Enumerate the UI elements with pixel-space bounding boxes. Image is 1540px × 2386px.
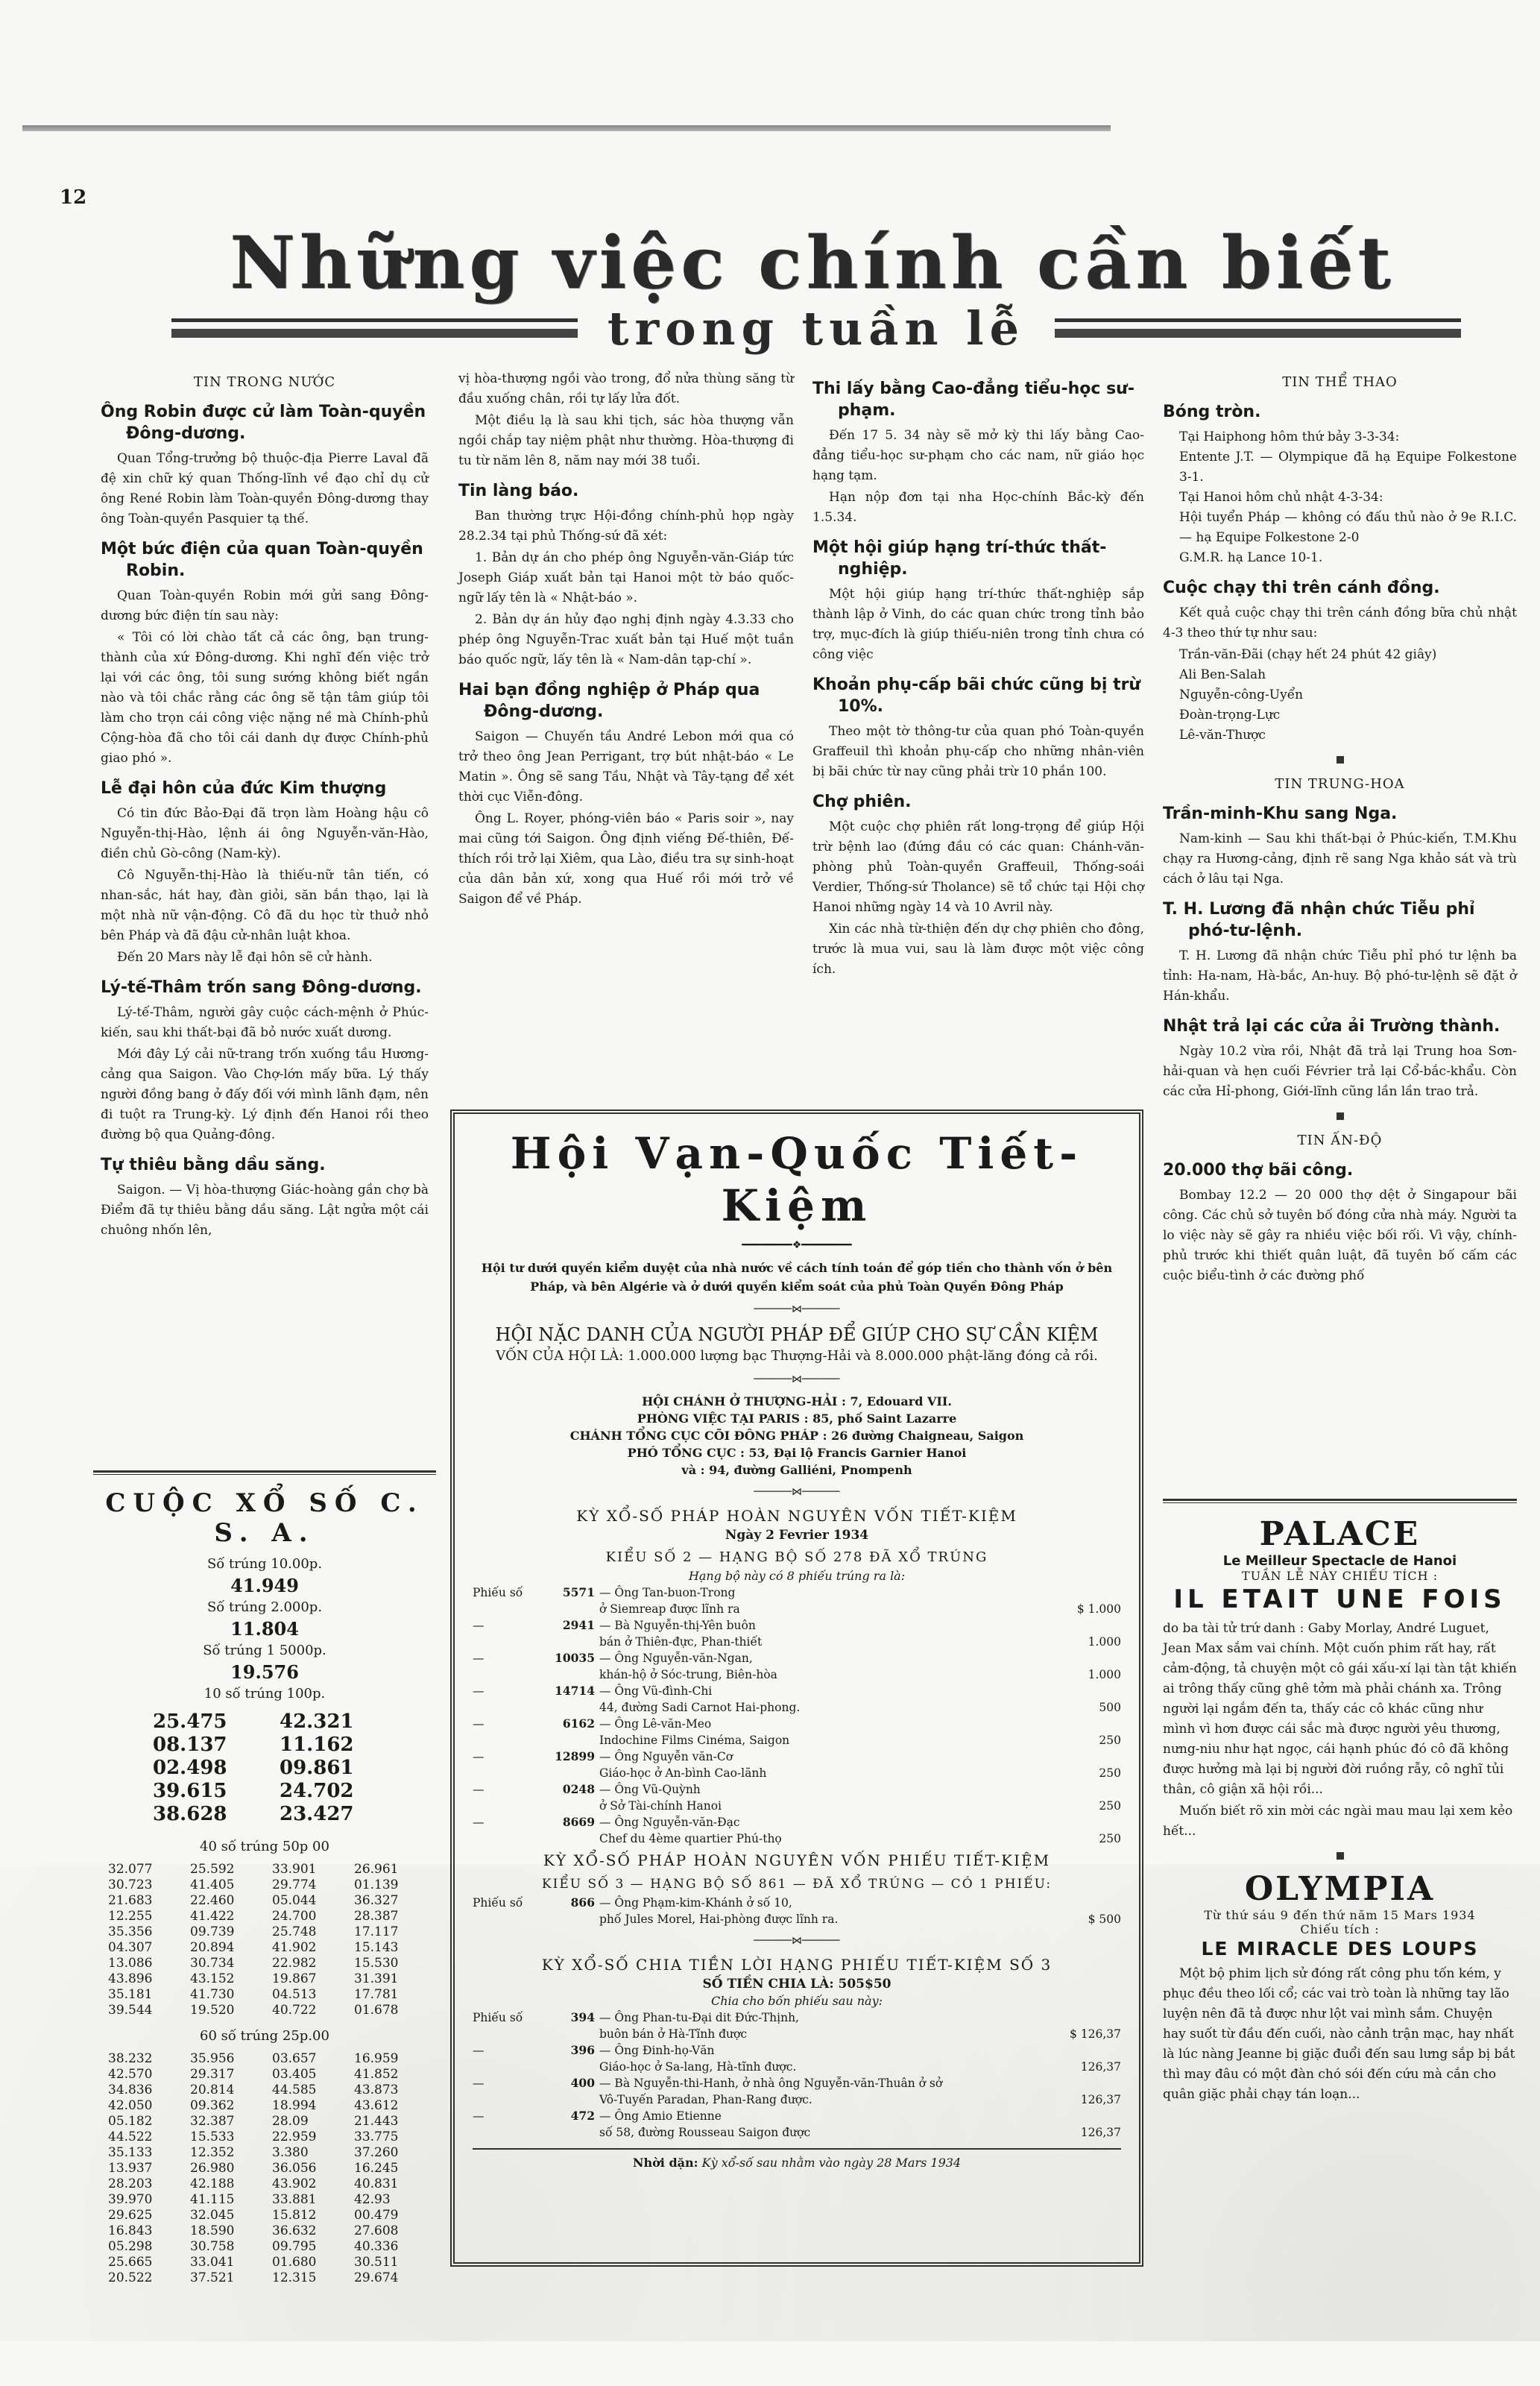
winning-number: 42.570 (108, 2067, 190, 2083)
winning-number: 15.530 (354, 1956, 436, 1971)
article: Chợ phiên. Một cuộc chợ phiên rất long-t… (812, 791, 1144, 980)
article-paragraph: Ngày 10.2 vừa rồi, Nhật đã trả lại Trung… (1163, 1042, 1517, 1102)
article-heading: Bóng tròn. (1163, 401, 1517, 423)
ticket-prefix: — (473, 2042, 532, 2059)
ticket-number: 6162 (532, 1716, 599, 1732)
ticket-prefix: — (473, 1683, 532, 1699)
winning-number: 30.723 (108, 1877, 190, 1893)
spacer (1061, 2075, 1121, 2091)
winning-number: 41.949 (93, 1575, 436, 1597)
film-description: do ba tài tử trứ danh : Gaby Morlay, And… (1163, 1619, 1517, 1800)
winning-number: 12.315 (272, 2270, 354, 2286)
ticket-row: Phiếu số5571— Ông Tan-buon-Trongở Siemre… (473, 1584, 1121, 1617)
ad-capital: VỐN CỦA HỘI LÀ: 1.000.000 lượng bạc Thượ… (473, 1347, 1121, 1366)
winning-number: 26.980 (190, 2161, 272, 2176)
winning-number: 35.181 (108, 1987, 190, 2003)
ticket-holder: — Ông Nguyễn-văn-Đạc (599, 1814, 1061, 1831)
ticket-prefix: — (473, 1716, 532, 1732)
spacer (473, 2124, 532, 2141)
winning-number: 16.843 (108, 2223, 190, 2239)
winning-number: 43.612 (354, 2098, 436, 2114)
spacer (1061, 1617, 1121, 1634)
article-paragraph: Xin các nhà từ-thiện đến dự chợ phiên ch… (812, 919, 1144, 980)
screening-caption: TUẦN LỄ NÀY CHIẾU TÍCH : (1163, 1569, 1517, 1583)
prize-label: Số trúng 2.000p. (93, 1597, 436, 1618)
ticket-number: 8669 (532, 1814, 599, 1831)
spacer (473, 1911, 532, 1927)
winning-number: 43.902 (272, 2176, 354, 2192)
article: Bóng tròn. Tại Haiphong hôm thứ bảy 3-3-… (1163, 401, 1517, 568)
article-paragraph: 1. Bản dự án cho phép ông Nguyễn-văn-Giá… (458, 548, 794, 608)
spacer (473, 1699, 532, 1716)
spacer (532, 1666, 599, 1683)
spacer (1061, 2042, 1121, 2059)
winning-number: 09.795 (272, 2239, 354, 2255)
winning-number: 25.592 (190, 1862, 272, 1877)
spacer (473, 1831, 532, 1847)
winning-number: 11.804 (93, 1618, 436, 1640)
runner-name: Trần-văn-Đãi (chạy hết 24 phút 42 giây) (1163, 645, 1517, 665)
result-line: Tại Haiphong hôm thứ bảy 3-3-34: (1163, 427, 1517, 447)
ticket-holder: — Ông Tan-buon-Trong (599, 1584, 1061, 1601)
article: Khoản phụ-cấp bãi chức cũng bị trừ 10%. … (812, 674, 1144, 782)
cinema-tagline: Le Meilleur Spectacle de Hanoi (1163, 1553, 1517, 1569)
prize-label: Số trúng 10.00p. (93, 1554, 436, 1575)
winning-number: 42.188 (190, 2176, 272, 2192)
winning-number: 20.814 (190, 2083, 272, 2098)
article-paragraph: T. H. Lương đã nhận chức Tiễu phỉ phó tư… (1163, 946, 1517, 1007)
draw-heading: KỲ XỔ-SỐ PHÁP HOÀN NGUYÊN VỐN PHIẾU TIẾT… (473, 1850, 1121, 1871)
ad-address: CHÁNH TỔNG CỤC CÕI ĐÔNG PHÁP : 26 đường … (473, 1427, 1121, 1444)
ticket-row: —0248— Ông Vũ-Quỳnhở Sở Tài-chính Hanoi2… (473, 1781, 1121, 1814)
ticket-location: ở Siemreap được lĩnh ra (599, 1601, 1061, 1617)
winning-number: 22.982 (272, 1956, 354, 1971)
ticket-row: —396— Ông Đinh-họ-VănGiáo-học ở Sa-lang,… (473, 2042, 1121, 2075)
ticket-amount: $ 1.000 (1061, 1601, 1121, 1617)
ticket-prefix: — (473, 1748, 532, 1765)
ornament-divider: ──────⋈────── (473, 1303, 1121, 1315)
lottery-title: CUỘC XỔ SỐ C. S. A. (93, 1488, 436, 1548)
masthead: Những việc chính cần biết (164, 224, 1461, 303)
film-description: Một bộ phim lịch sử đóng rất công phu tố… (1163, 1964, 1517, 2105)
article-heading: Cuộc chạy thi trên cánh đồng. (1163, 577, 1517, 599)
runner-name: Nguyễn-công-Uyển (1163, 685, 1517, 705)
winning-number: 02.498 (153, 1757, 280, 1780)
winning-number: 40.722 (272, 2003, 354, 2018)
article: Nhật trả lại các cửa ải Trường thành. Ng… (1163, 1016, 1517, 1102)
article-heading: Tin làng báo. (458, 480, 794, 502)
spacer (532, 1911, 599, 1927)
article-paragraph: Saigon — Chuyến tầu André Lebon mới qua … (458, 727, 794, 808)
article-paragraph: Có tin đức Bảo-Đại đã trọn làm Hoàng hậu… (101, 804, 429, 864)
draw-amount: SỐ TIỀN CHIA LÀ: 505$50 (473, 1975, 1121, 1993)
lottery-results: CUỘC XỔ SỐ C. S. A. Số trúng 10.00p. 41.… (93, 1470, 436, 2286)
ticket-holder: — Ông Nguyễn-văn-Ngan, (599, 1650, 1061, 1666)
spacer (1061, 1584, 1121, 1601)
ticket-list: Phiếu số394— Ông Phan-tu-Đại dit Đức-Thị… (473, 2009, 1121, 2141)
article-heading: Nhật trả lại các cửa ải Trường thành. (1163, 1016, 1517, 1037)
article: Thi lấy bằng Cao-đẳng tiểu-học sư-phạm. … (812, 378, 1144, 528)
double-rule (93, 1470, 436, 1475)
winning-number: 35.956 (190, 2051, 272, 2067)
article-heading: Ông Robin được cử làm Toàn-quyền Đông-dư… (101, 401, 429, 444)
ticket-amount: $ 500 (1061, 1911, 1121, 1927)
ticket-location: số 58, đường Rousseau Saigon được (599, 2124, 1061, 2141)
spacer (532, 1634, 599, 1650)
article-heading: Một hội giúp hạng trí-thức thất-nghiệp. (812, 537, 1144, 580)
article-paragraph: Quan Tổng-trưởng bộ thuộc-địa Pierre Lav… (101, 449, 429, 529)
winning-number: 15.812 (272, 2208, 354, 2223)
ticket-prefix: — (473, 2108, 532, 2124)
ticket-location: phố Jules Morel, Hai-phòng được lĩnh ra. (599, 1911, 1061, 1927)
spacer (473, 1666, 532, 1683)
draw-subheading: KIỂU SỐ 2 — HẠNG BỘ SỐ 278 ĐÃ XỔ TRÚNG (473, 1547, 1121, 1568)
column-domestic-news: TIN TRONG NƯỚC Ông Robin được cử làm Toà… (101, 369, 429, 1242)
winning-number: 20.522 (108, 2270, 190, 2286)
winning-number: 41.422 (190, 1909, 272, 1924)
spacer (532, 1732, 599, 1748)
column-sports-foreign: TIN THỂ THAO Bóng tròn. Tại Haiphong hôm… (1163, 369, 1517, 1288)
winning-number: 39.615 (153, 1780, 280, 1803)
prize-label: 40 số trúng 50p 00 (93, 1836, 436, 1857)
prize-label: 60 số trúng 25p.00 (93, 2026, 436, 2047)
winning-number: 24.700 (272, 1909, 354, 1924)
winning-number: 32.045 (190, 2208, 272, 2223)
article: Hai bạn đồng nghiệp ở Pháp qua Đông-dươn… (458, 679, 794, 910)
winning-number: 40.831 (354, 2176, 436, 2192)
spacer (473, 1732, 532, 1748)
winning-number: 13.937 (108, 2161, 190, 2176)
winning-number: 43.896 (108, 1971, 190, 1987)
article-paragraph: Nam-kinh — Sau khi thất-bại ở Phúc-kiến,… (1163, 829, 1517, 890)
winning-number: 40.336 (354, 2239, 436, 2255)
ticket-list: Phiếu số5571— Ông Tan-buon-Trongở Siemre… (473, 1584, 1121, 1847)
spacer (532, 1601, 599, 1617)
winning-number: 33.881 (272, 2192, 354, 2208)
ticket-holder: — Ông Vũ-Quỳnh (599, 1781, 1061, 1798)
spacer (532, 2091, 599, 2108)
winning-number: 18.590 (190, 2223, 272, 2239)
draw-date: Ngày 2 Fevrier 1934 (473, 1526, 1121, 1544)
winning-number: 3.380 (272, 2145, 354, 2161)
ticket-number: 472 (532, 2108, 599, 2124)
article-heading: Tự thiêu bằng dầu săng. (101, 1154, 429, 1176)
article-heading: Chợ phiên. (812, 791, 1144, 813)
winning-number: 29.625 (108, 2208, 190, 2223)
winning-number: 41.115 (190, 2192, 272, 2208)
article: vị hòa-thượng ngồi vào trong, đổ nửa thù… (458, 369, 794, 471)
savings-society-advertisement: Hội Vạn-Quốc Tiết-Kiệm ━━━━━━━━❖━━━━━━━━… (450, 1109, 1143, 2267)
ticket-amount: 250 (1061, 1798, 1121, 1814)
spacer (532, 1798, 599, 1814)
article-paragraph: Một điều lạ là sau khi tịch, sác hòa thư… (458, 411, 794, 471)
ticket-holder: — Ông Amio Etienne (599, 2108, 1061, 2124)
ticket-amount: 250 (1061, 1732, 1121, 1748)
winning-number: 23.427 (280, 1803, 406, 1826)
ticket-amount: 250 (1061, 1765, 1121, 1781)
article-paragraph: « Tôi có lời chào tất cả các ông, bạn tr… (101, 628, 429, 769)
ticket-holder: — Bà Nguyễn-thi-Hanh, ở nhà ông Nguyễn-v… (599, 2075, 1061, 2091)
spacer (1061, 2009, 1121, 2026)
spacer (532, 2059, 599, 2075)
spacer (473, 1601, 532, 1617)
winning-numbers-100: 25.47542.32108.13711.16202.49809.86139.6… (93, 1704, 436, 1826)
spacer (473, 1634, 532, 1650)
ornament-divider: ──────⋈────── (473, 1935, 1121, 1947)
article-heading: 20.000 thợ bãi công. (1163, 1159, 1517, 1181)
winning-number: 12.352 (190, 2145, 272, 2161)
article-paragraph: Kết quả cuộc chạy thi trên cánh đồng bữa… (1163, 603, 1517, 643)
spacer (532, 2026, 599, 2042)
ticket-amount: 250 (1061, 1831, 1121, 1847)
article-heading: Hai bạn đồng nghiệp ở Pháp qua Đông-dươn… (458, 679, 794, 723)
spacer (473, 2026, 532, 2042)
article: Lý-tế-Thâm trốn sang Đông-dương. Lý-tế-T… (101, 977, 429, 1145)
winning-number: 29.317 (190, 2067, 272, 2083)
article-heading: T. H. Lương đã nhận chức Tiễu phỉ phó-tư… (1163, 898, 1517, 942)
article-heading: Một bức điện của quan Toàn-quyền Robin. (101, 538, 429, 582)
ticket-number: 12899 (532, 1748, 599, 1765)
ticket-row: Phiếu số394— Ông Phan-tu-Đại dit Đức-Thị… (473, 2009, 1121, 2042)
winning-number: 28.387 (354, 1909, 436, 1924)
winning-number: 19.576 (93, 1661, 436, 1684)
ticket-prefix: — (473, 2075, 532, 2091)
ticket-prefix: Phiếu số (473, 1584, 532, 1601)
article-paragraph: Ban thường trực Hội-đồng chính-phủ họp n… (458, 506, 794, 547)
ad-address: PHÓ TỔNG CỤC : 53, Đại lộ Francis Garnie… (473, 1444, 1121, 1461)
draw-heading: KỲ XỔ-SỐ CHIA TIỀN LỜI HẠNG PHIẾU TIẾT-K… (473, 1954, 1121, 1975)
ticket-number: 866 (532, 1895, 599, 1911)
winning-number: 21.443 (354, 2114, 436, 2130)
spacer (1061, 1895, 1121, 1911)
winning-number: 19.867 (272, 1971, 354, 1987)
ad-address: PHÒNG VIỆC TẠI PARIS : 85, phố Saint Laz… (473, 1410, 1121, 1427)
winning-number: 25.665 (108, 2255, 190, 2270)
ad-company-type: HỘI NẶC DANH CỦA NGƯỜI PHÁP ĐỂ GIÚP CHO … (473, 1323, 1121, 1347)
ticket-location: bán ở Thiên-đực, Phan-thiết (599, 1634, 1061, 1650)
winning-number: 44.522 (108, 2130, 190, 2145)
ticket-location: Chef du 4ème quartier Phú-thọ (599, 1831, 1061, 1847)
winning-number: 20.894 (190, 1940, 272, 1956)
ticket-prefix: — (473, 1814, 532, 1831)
winning-number: 08.137 (153, 1734, 280, 1757)
prize-label: 10 số trúng 100p. (93, 1684, 436, 1704)
winning-number: 42.321 (280, 1710, 406, 1734)
winning-number: 17.781 (354, 1987, 436, 2003)
winning-number: 01.678 (354, 2003, 436, 2018)
article-heading: Khoản phụ-cấp bãi chức cũng bị trừ 10%. (812, 674, 1144, 717)
column-news-3: Thi lấy bằng Cao-đẳng tiểu-học sư-phạm. … (812, 369, 1144, 981)
prize-label: Số trúng 1 5000p. (93, 1640, 436, 1661)
winning-number: 19.520 (190, 2003, 272, 2018)
runner-name: Lê-văn-Thược (1163, 725, 1517, 746)
page-number: 12 (60, 186, 86, 209)
ticket-amount: 126,37 (1061, 2124, 1121, 2141)
spacer (473, 1798, 532, 1814)
ticket-row: Phiếu số866— Ông Phạm-kim-Khánh ở số 10,… (473, 1895, 1121, 1927)
winning-number: 43.873 (354, 2083, 436, 2098)
ticket-prefix: — (473, 1650, 532, 1666)
winning-number: 36.327 (354, 1893, 436, 1909)
article-paragraph: Một hội giúp hạng trí-thức thất-nghiệp s… (812, 585, 1144, 665)
section-divider-square (1337, 1112, 1344, 1120)
decorative-rule-right (1055, 318, 1461, 338)
ticket-amount: $ 126,37 (1061, 2026, 1121, 2042)
winning-number: 36.632 (272, 2223, 354, 2239)
winning-number: 01.680 (272, 2255, 354, 2270)
winning-number: 25.475 (153, 1710, 280, 1734)
cinema-name-olympia: OLYMPIA (1163, 1870, 1517, 1908)
winning-number: 15.533 (190, 2130, 272, 2145)
winning-number: 37.521 (190, 2270, 272, 2286)
winning-number: 39.970 (108, 2192, 190, 2208)
section-heading-sports: TIN THỂ THAO (1163, 372, 1517, 392)
winning-number: 41.902 (272, 1940, 354, 1956)
spacer (1061, 1814, 1121, 1831)
decorative-rule-left (171, 318, 578, 338)
winning-number: 05.182 (108, 2114, 190, 2130)
film-title: IL ETAIT UNE FOIS (1163, 1584, 1517, 1614)
article-paragraph: Bombay 12.2 — 20 000 thợ dệt ở Singapour… (1163, 1186, 1517, 1286)
page-subtitle: trong tuần lễ (608, 301, 1025, 356)
winning-number: 39.544 (108, 2003, 190, 2018)
article: Cuộc chạy thi trên cánh đồng. Kết quả cu… (1163, 577, 1517, 746)
winning-number: 28.203 (108, 2176, 190, 2192)
ticket-row: —14714— Ông Vũ-đình-Chi44, đường Sadi Ca… (473, 1683, 1121, 1716)
result-line: Hội tuyển Pháp — không có đấu thủ nào ở … (1163, 508, 1517, 548)
winning-number: 28.09 (272, 2114, 354, 2130)
ticket-number: 5571 (532, 1584, 599, 1601)
article: Một bức điện của quan Toàn-quyền Robin. … (101, 538, 429, 769)
cinema-listings: PALACE Le Meilleur Spectacle de Hanoi TU… (1163, 1499, 1517, 2106)
film-title: LE MIRACLE DES LOUPS (1163, 1938, 1517, 1960)
winning-number: 17.117 (354, 1924, 436, 1940)
winning-number: 22.460 (190, 1893, 272, 1909)
article-paragraph: 2. Bản dự án hủy đạo nghị định ngày 4.3.… (458, 610, 794, 670)
ticket-location: Indochine Films Cinéma, Saigon (599, 1732, 1061, 1748)
winning-numbers-50: 32.07725.59233.90126.96130.72341.40529.7… (93, 1857, 436, 2018)
ticket-prefix: Phiếu số (473, 1895, 532, 1911)
winning-number: 25.748 (272, 1924, 354, 1940)
article-paragraph: Theo một tờ thông-tư của quan phó Toàn-q… (812, 722, 1144, 782)
ticket-amount: 126,37 (1061, 2059, 1121, 2075)
winning-number: 03.405 (272, 2067, 354, 2083)
ticket-number: 2941 (532, 1617, 599, 1634)
spacer (473, 2091, 532, 2108)
article-paragraph: Mới đây Lý cải nữ-trang trốn xuống tầu H… (101, 1045, 429, 1145)
result-line: Tại Hanoi hôm chủ nhật 4-3-34: (1163, 488, 1517, 508)
ticket-amount: 500 (1061, 1699, 1121, 1716)
winning-number: 33.775 (354, 2130, 436, 2145)
winning-number: 32.387 (190, 2114, 272, 2130)
article-paragraph: Đến 20 Mars này lễ đại hôn sẽ cử hành. (101, 948, 429, 968)
article: 20.000 thợ bãi công. Bombay 12.2 — 20 00… (1163, 1159, 1517, 1286)
winning-number: 37.260 (354, 2145, 436, 2161)
ornament-divider: ──────⋈────── (473, 1373, 1121, 1385)
section-heading-india: TIN ẤN-ĐỘ (1163, 1130, 1517, 1150)
ticket-holder: — Ông Nguyễn văn-Cơ (599, 1748, 1061, 1765)
winning-number: 29.674 (354, 2270, 436, 2286)
winning-number: 35.133 (108, 2145, 190, 2161)
spacer (532, 1765, 599, 1781)
winning-number: 30.511 (354, 2255, 436, 2270)
article: Một hội giúp hạng trí-thức thất-nghiệp. … (812, 537, 1144, 665)
ticket-prefix: Phiếu số (473, 2009, 532, 2026)
winning-number: 16.245 (354, 2161, 436, 2176)
ticket-amount: 1.000 (1061, 1634, 1121, 1650)
article-paragraph: Đến 17 5. 34 này sẽ mở kỳ thi lấy bằng C… (812, 426, 1144, 486)
ticket-location: khán-hộ ở Sóc-trung, Biên-hòa (599, 1666, 1061, 1683)
section-divider-square (1337, 756, 1344, 764)
winning-number: 42.93 (354, 2192, 436, 2208)
winning-number: 29.774 (272, 1877, 354, 1893)
result-line: Entente J.T. — Olympique đã hạ Equipe Fo… (1163, 447, 1517, 488)
winning-number: 41.730 (190, 1987, 272, 2003)
screening-caption: Chiếu tích : (1163, 1922, 1517, 1936)
article-paragraph: Saigon. — Vị hòa-thượng Giác-hoàng gần c… (101, 1180, 429, 1241)
winning-number: 36.056 (272, 2161, 354, 2176)
winning-number: 41.405 (190, 1877, 272, 1893)
ticket-holder: — Ông Phan-tu-Đại dit Đức-Thịnh, (599, 2009, 1061, 2026)
article-paragraph: vị hòa-thượng ngồi vào trong, đổ nửa thù… (458, 369, 794, 409)
winning-number: 44.585 (272, 2083, 354, 2098)
spacer (1061, 1683, 1121, 1699)
winning-number: 38.232 (108, 2051, 190, 2067)
ticket-row: —8669— Ông Nguyễn-văn-ĐạcChef du 4ème qu… (473, 1814, 1121, 1847)
spacer (532, 1699, 599, 1716)
draw-heading: KỲ XỔ-SỐ PHÁP HOÀN NGUYÊN VỐN TIẾT-KIỆM (473, 1505, 1121, 1526)
winning-number: 16.959 (354, 2051, 436, 2067)
winning-number: 31.391 (354, 1971, 436, 1987)
ticket-prefix: — (473, 1781, 532, 1798)
ticket-holder: — Ông Đinh-họ-Văn (599, 2042, 1061, 2059)
article-heading: Lý-tế-Thâm trốn sang Đông-dương. (101, 977, 429, 998)
winning-number: 04.513 (272, 1987, 354, 2003)
article: Tự thiêu bằng dầu săng. Saigon. — Vị hòa… (101, 1154, 429, 1241)
ticket-row: —6162— Ông Lê-văn-MeoIndochine Films Cin… (473, 1716, 1121, 1748)
winning-number: 41.852 (354, 2067, 436, 2083)
runner-name: Ali Ben-Salah (1163, 665, 1517, 685)
winning-number: 12.255 (108, 1909, 190, 1924)
ticket-location: Giáo-học ở An-bình Cao-lãnh (599, 1765, 1061, 1781)
article-paragraph: Một cuộc chợ phiên rất long-trọng để giú… (812, 817, 1144, 918)
article: Lễ đại hôn của đức Kim thượng Có tin đức… (101, 778, 429, 968)
winning-number: 03.657 (272, 2051, 354, 2067)
winning-number: 21.683 (108, 1893, 190, 1909)
ticket-holder: — Ông Vũ-đình-Chi (599, 1683, 1061, 1699)
ticket-location: 44, đường Sadi Carnot Hai-phong. (599, 1699, 1061, 1716)
cinema-name-palace: PALACE (1163, 1515, 1517, 1553)
spacer (473, 2059, 532, 2075)
ad-intro: Hội tư dưới quyền kiểm duyệt của nhà nướ… (473, 1259, 1121, 1296)
ticket-amount: 126,37 (1061, 2091, 1121, 2108)
ad-address: HỘI CHÁNH Ở THƯỢNG-HẢI : 7, Edouard VII. (473, 1393, 1121, 1410)
winning-number: 33.901 (272, 1862, 354, 1877)
spacer (532, 2124, 599, 2141)
ticket-prefix: — (473, 1617, 532, 1634)
spacer (1061, 1716, 1121, 1732)
ticket-row: —472— Ông Amio Etiennesố 58, đường Rouss… (473, 2108, 1121, 2141)
ticket-row: —12899— Ông Nguyễn văn-CơGiáo-học ở An-b… (473, 1748, 1121, 1781)
ticket-amount: 1.000 (1061, 1666, 1121, 1683)
winning-number: 42.050 (108, 2098, 190, 2114)
winning-number: 34.836 (108, 2083, 190, 2098)
ticket-location: ở Sở Tài-chính Hanoi (599, 1798, 1061, 1814)
ticket-number: 396 (532, 2042, 599, 2059)
result-line: G.M.R. hạ Lance 10-1. (1163, 548, 1517, 568)
winning-number: 38.628 (153, 1803, 280, 1826)
spacer (473, 1765, 532, 1781)
